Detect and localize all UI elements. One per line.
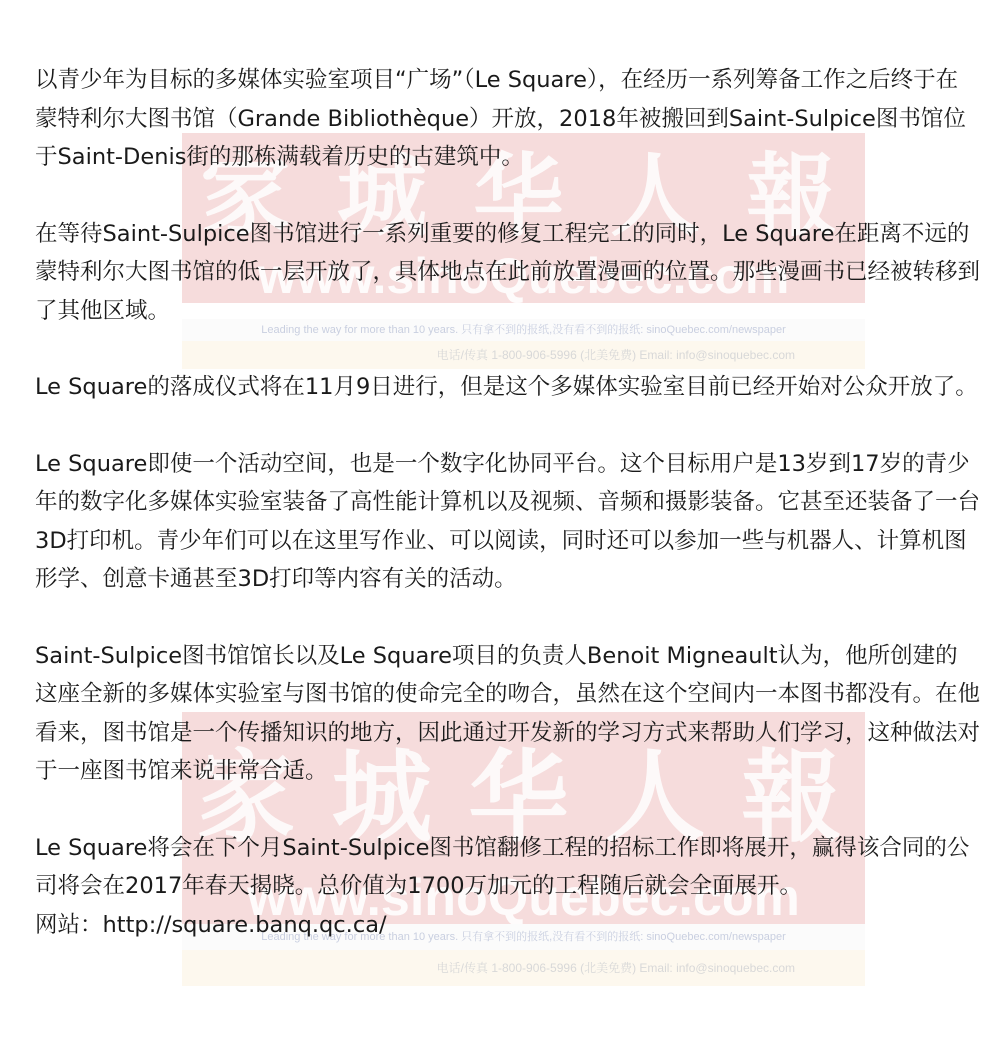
paragraph-facilities: Le Square即使一个活动空间，也是一个数字化协同平台。这个目标用户是13岁… (35, 445, 980, 599)
website-link[interactable]: http://square.banq.qc.ca/ (103, 912, 387, 938)
paragraph-intro: 以青少年为目标的多媒体实验室项目“广场”（Le Square），在经历一系列筹备… (35, 61, 980, 177)
paragraph-renovation: Le Square将会在下个月Saint-Sulpice图书馆翻修工程的招标工作… (35, 829, 980, 906)
website-line: 网站：http://square.banq.qc.ca/ (35, 906, 980, 945)
paragraph-temporary-location: 在等待Saint-Sulpice图书馆进行一系列重要的修复工程完工的同时，Le … (35, 215, 980, 331)
paragraph-director-quote: Saint-Sulpice图书馆馆长以及Le Square项目的负责人Benoi… (35, 637, 980, 791)
paragraph-inauguration: Le Square的落成仪式将在11月9日进行，但是这个多媒体实验室目前已经开始… (35, 368, 980, 407)
website-label: 网站： (35, 912, 103, 938)
article-body: 以青少年为目标的多媒体实验室项目“广场”（Le Square），在经历一系列筹备… (35, 61, 980, 982)
